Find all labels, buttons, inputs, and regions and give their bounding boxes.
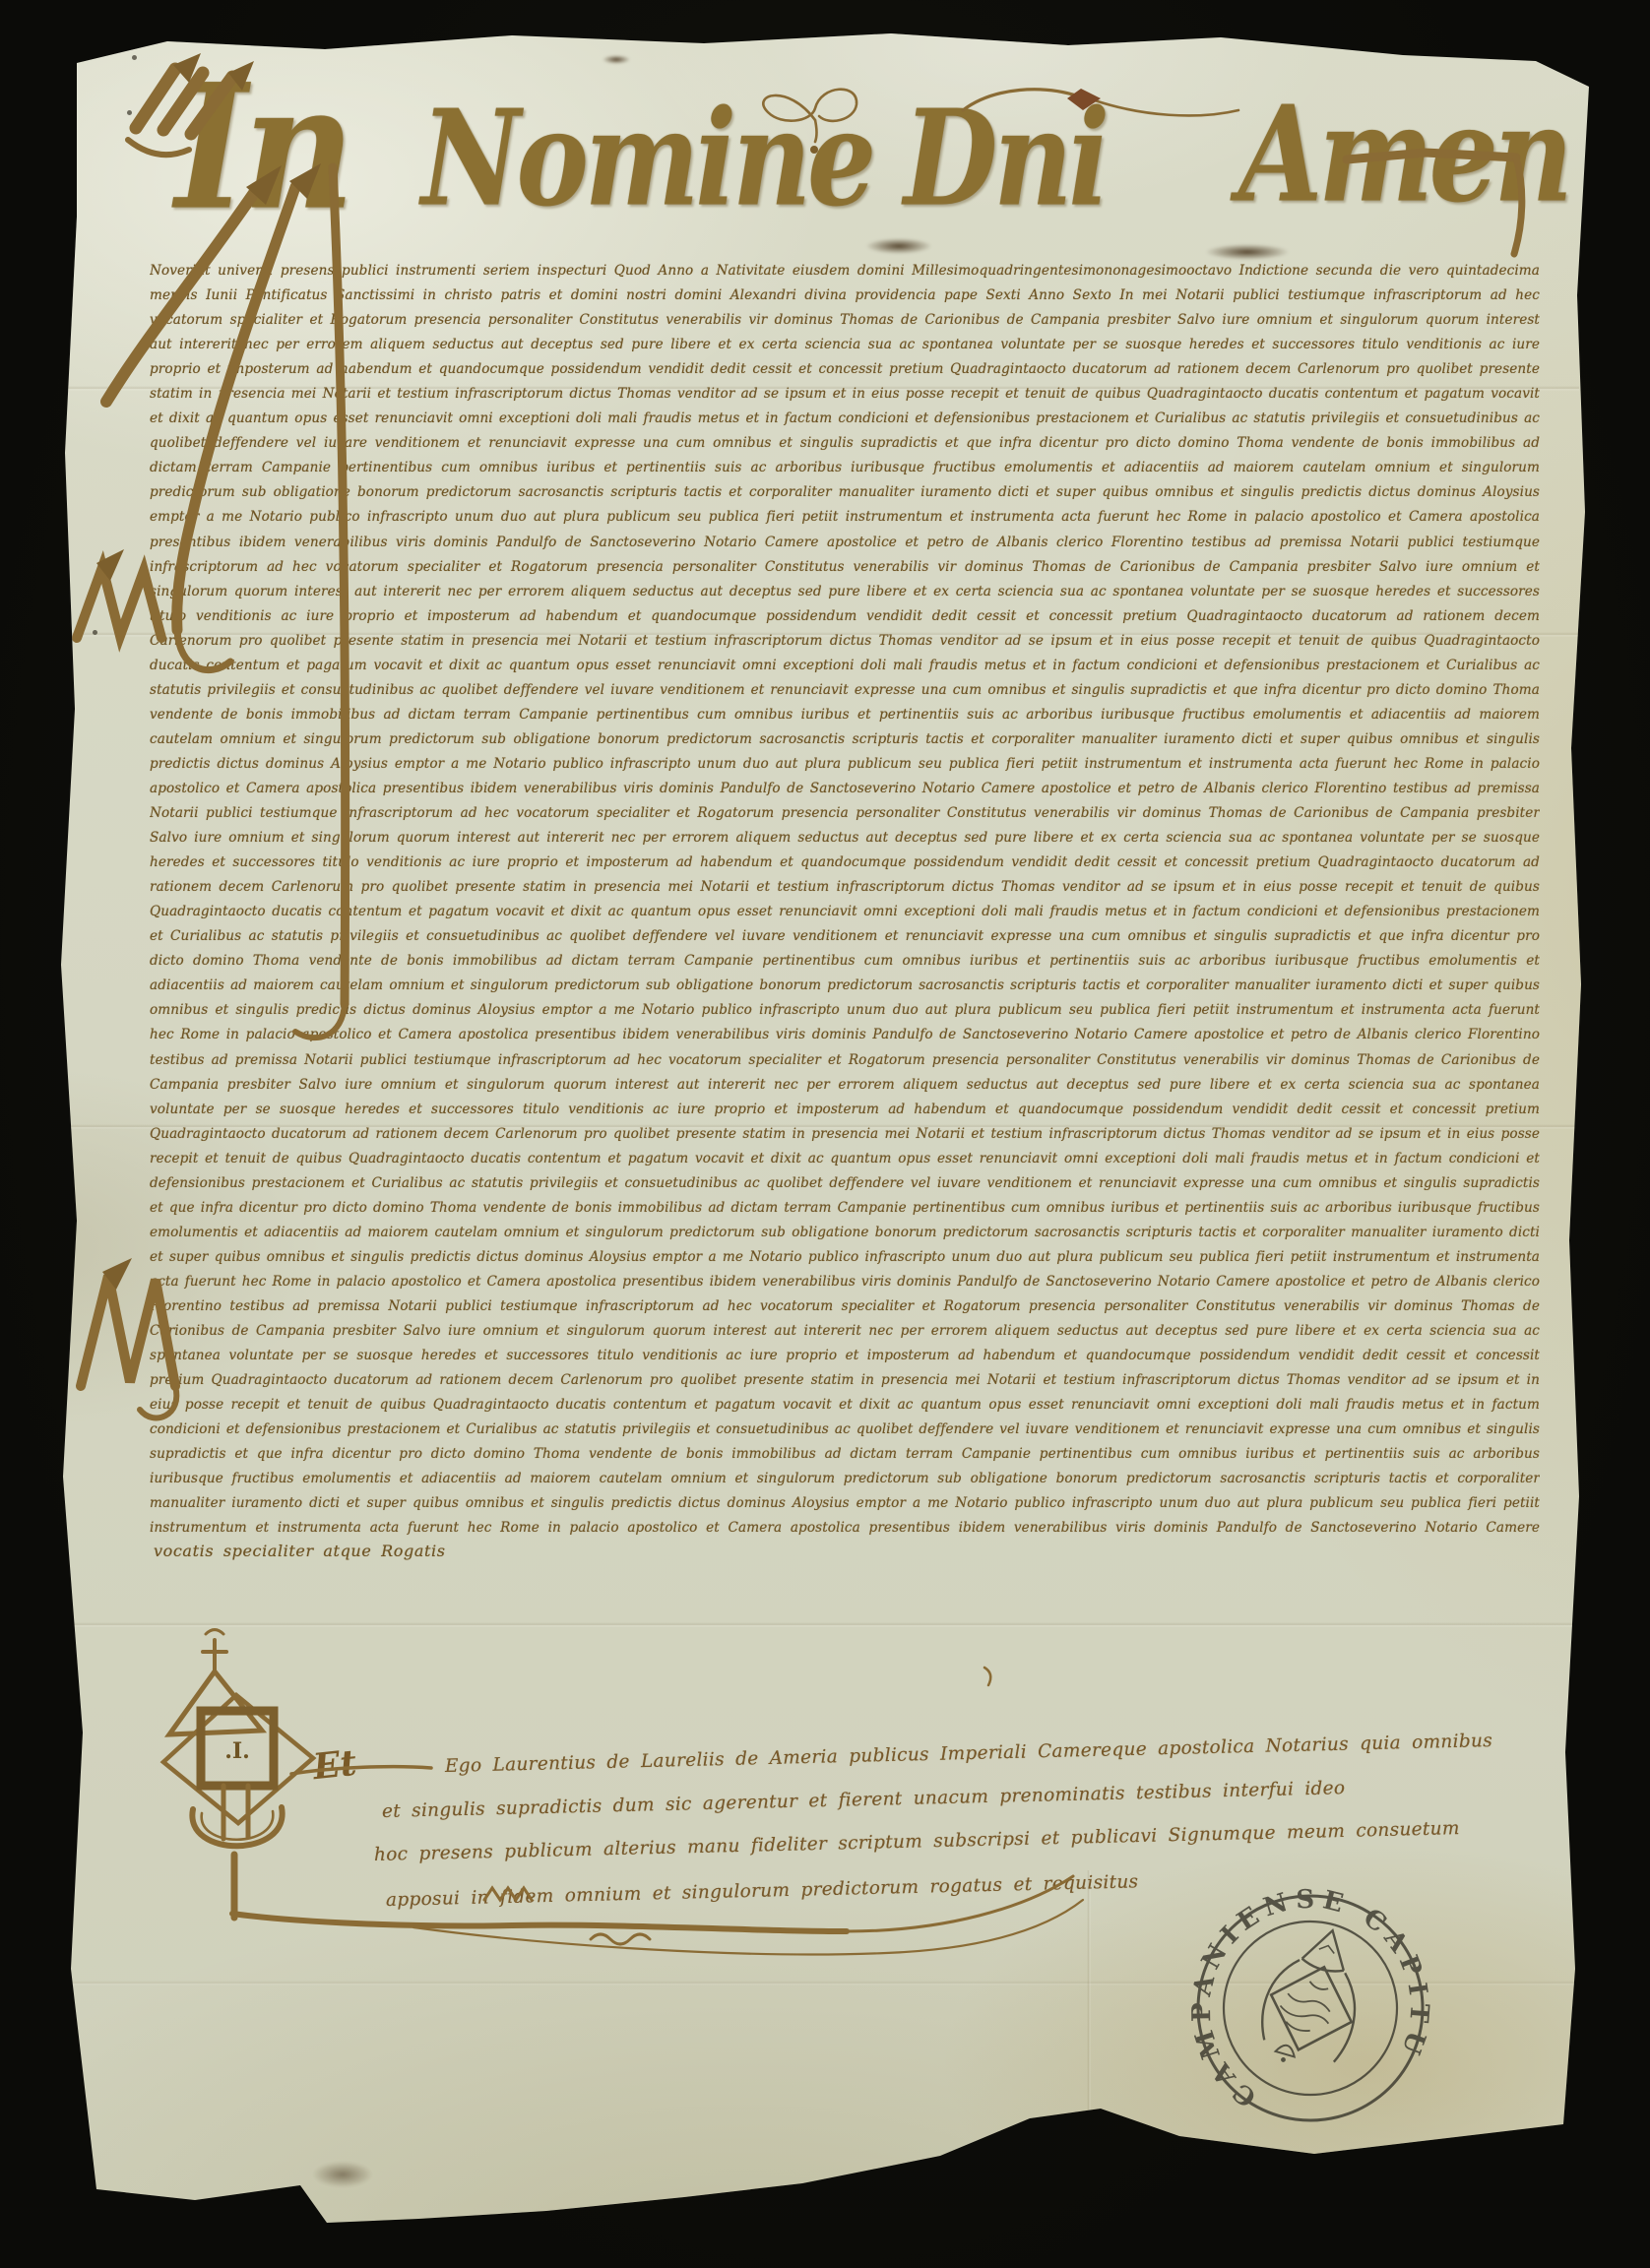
header-word-in: In [175, 46, 350, 248]
notary-signum-drawing [163, 1630, 1083, 1955]
edge-stain [313, 2162, 372, 2187]
stamp-ring-text: CAMPANIENSE CAPITULUM [1168, 1860, 1451, 2120]
fold-crease [63, 1981, 1579, 1985]
subscription-line: et singulis supradictis dum sic agerentu… [382, 1778, 1346, 1822]
margin-flourish [77, 567, 175, 1386]
header-word-nomine: Nomine [421, 81, 872, 235]
ink-stain [603, 55, 630, 64]
ink-stain [1206, 244, 1289, 260]
svg-text:CAMPANIENSE CAPITULUM: CAMPANIENSE CAPITULUM [1168, 1860, 1451, 2120]
photograph-of-parchment-deed: { "page": { "background_color": "#0c0c09… [0, 0, 1650, 2268]
fold-crease [63, 386, 1579, 391]
parchment-hole [93, 630, 97, 635]
amen-tail-bar [1347, 153, 1516, 159]
subscription-line: Ego Laurentius de Laureliis de Ameria pu… [445, 1731, 1493, 1777]
pen-tick [984, 1668, 990, 1685]
pen-flourishes-and-notary-signum: .I. [0, 0, 1650, 2268]
header-flourish [763, 90, 1238, 142]
parchment-hole [132, 55, 137, 60]
pen-trial-mark [128, 69, 232, 155]
parchment-hole [127, 110, 132, 115]
stamp-coat-of-arms [1250, 1919, 1376, 2078]
subscription-line: hoc presens publicum alterius manu fidel… [374, 1818, 1460, 1865]
capitulum-campaniense-stamp: CAMPANIENSE CAPITULUM [1168, 1860, 1453, 2146]
ink-stain [866, 238, 931, 254]
subscription-line: apposui in fidem omnium et singulorum pr… [386, 1871, 1139, 1911]
deed-closing-line: vocatis specialiter atque Rogatis [154, 1542, 446, 1560]
parchment-sheet: In Nomine Dni Amen Noverint universi pre… [0, 0, 1650, 2268]
subscription-initial-et: Et [311, 1742, 358, 1788]
header-word-amen: Amen [1238, 77, 1569, 231]
signum-initial-letter: .I. [224, 1738, 250, 1764]
fold-crease [63, 1622, 1579, 1627]
fold-crease [63, 1124, 1579, 1129]
fold-crease [63, 632, 1579, 637]
header-word-dni: Dni [904, 81, 1106, 235]
deed-body-text: Noverint universi presens publici instru… [150, 259, 1540, 1541]
et-crossbar [291, 1767, 431, 1774]
